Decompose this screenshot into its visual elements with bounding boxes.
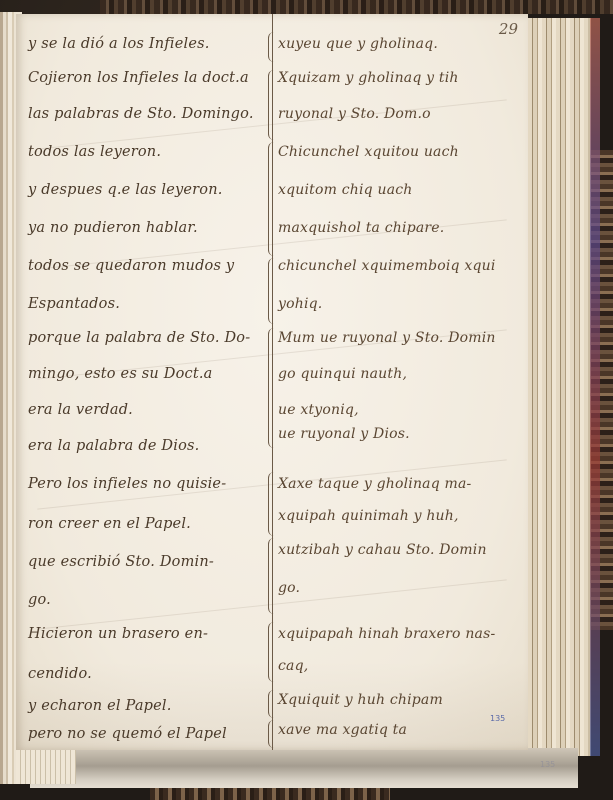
bracket-mark bbox=[268, 690, 277, 718]
manuscript-line: xave ma xgatiq ta bbox=[278, 722, 407, 738]
bottom-stain-area bbox=[30, 748, 578, 788]
manuscript-line: Chicunchel xquitou uach bbox=[278, 144, 459, 160]
manuscript-line: xutzibah y cahau Sto. Domin bbox=[278, 542, 487, 558]
manuscript-line: go quinqui nauth, bbox=[278, 366, 407, 382]
manuscript-line: ruyonal y Sto. Dom.o bbox=[278, 106, 431, 122]
bottom-page-edges bbox=[16, 748, 76, 784]
book-binding-bottom bbox=[150, 786, 390, 800]
bracket-mark bbox=[268, 142, 277, 256]
manuscript-line: todos las leyeron. bbox=[28, 144, 161, 160]
manuscript-line: Xquizam y gholinaq y tih bbox=[278, 70, 459, 86]
manuscript-line: Xquiquit y huh chipam bbox=[278, 692, 443, 708]
manuscript-line: era la palabra de Dios. bbox=[28, 438, 199, 454]
manuscript-line: Xaxe taque y gholinaq ma- bbox=[278, 476, 471, 492]
manuscript-line: porque la palabra de Sto. Do- bbox=[28, 330, 250, 346]
manuscript-line: yohiq. bbox=[278, 296, 322, 312]
manuscript-line: pero no se quemó el Papel bbox=[28, 726, 227, 742]
manuscript-line: Cojieron los Infieles la doct.a bbox=[28, 70, 249, 86]
manuscript-scan: 29 y se la dió a los Infieles.Cojieron l… bbox=[0, 0, 613, 800]
manuscript-line: era la verdad. bbox=[28, 402, 133, 418]
manuscript-line: ue xtyoniq, bbox=[278, 402, 359, 418]
manuscript-line: xquipapah hinah braxero nas- bbox=[278, 626, 495, 642]
archive-stamp-number: 135 bbox=[490, 714, 505, 723]
manuscript-line: ue ruyonal y Dios. bbox=[278, 426, 410, 442]
manuscript-line: ya no pudieron hablar. bbox=[28, 220, 198, 236]
manuscript-line: cendido. bbox=[28, 666, 92, 682]
manuscript-line: las palabras de Sto. Domingo. bbox=[28, 106, 254, 122]
right-page-stack bbox=[528, 18, 591, 756]
manuscript-line: go. bbox=[278, 580, 300, 596]
manuscript-line: go. bbox=[28, 592, 51, 608]
manuscript-line: xuyeu que y gholinaq. bbox=[278, 36, 438, 52]
book-binding-top bbox=[100, 0, 613, 14]
manuscript-line: todos se quedaron mudos y bbox=[28, 258, 234, 274]
bracket-mark bbox=[268, 622, 277, 682]
manuscript-line: y despues q.e las leyeron. bbox=[28, 182, 223, 198]
bracket-mark bbox=[268, 472, 277, 536]
manuscript-line: xquitom chiq uach bbox=[278, 182, 413, 198]
manuscript-line: Pero los infieles no quisie- bbox=[28, 476, 226, 492]
bracket-mark bbox=[268, 258, 277, 324]
manuscript-line: Mum ue ruyonal y Sto. Domin bbox=[278, 330, 496, 346]
manuscript-line: Hicieron un brasero en- bbox=[28, 626, 208, 642]
bracket-mark bbox=[268, 720, 277, 748]
manuscript-line: Espantados. bbox=[28, 296, 120, 312]
folio-number: 29 bbox=[499, 20, 518, 38]
manuscript-line: ron creer en el Papel. bbox=[28, 516, 191, 532]
manuscript-line: y echaron el Papel. bbox=[28, 698, 172, 714]
colored-page-rim bbox=[590, 18, 600, 756]
bracket-mark bbox=[268, 538, 277, 614]
archive-stamp-number-lower: 135 bbox=[540, 760, 555, 769]
manuscript-line: chicunchel xquimemboiq xqui bbox=[278, 258, 496, 274]
bracket-mark bbox=[268, 328, 277, 448]
manuscript-line: maxquishol ta chipare. bbox=[278, 220, 444, 236]
manuscript-line: xquipah quinimah y huh, bbox=[278, 508, 459, 524]
bracket-mark bbox=[268, 70, 277, 140]
bracket-mark bbox=[268, 32, 277, 62]
manuscript-line: mingo, esto es su Doct.a bbox=[28, 366, 213, 382]
manuscript-line: que escribió Sto. Domin- bbox=[28, 554, 214, 570]
manuscript-line: y se la dió a los Infieles. bbox=[28, 36, 210, 52]
manuscript-page: 29 y se la dió a los Infieles.Cojieron l… bbox=[16, 14, 528, 750]
manuscript-line: caq, bbox=[278, 658, 308, 674]
